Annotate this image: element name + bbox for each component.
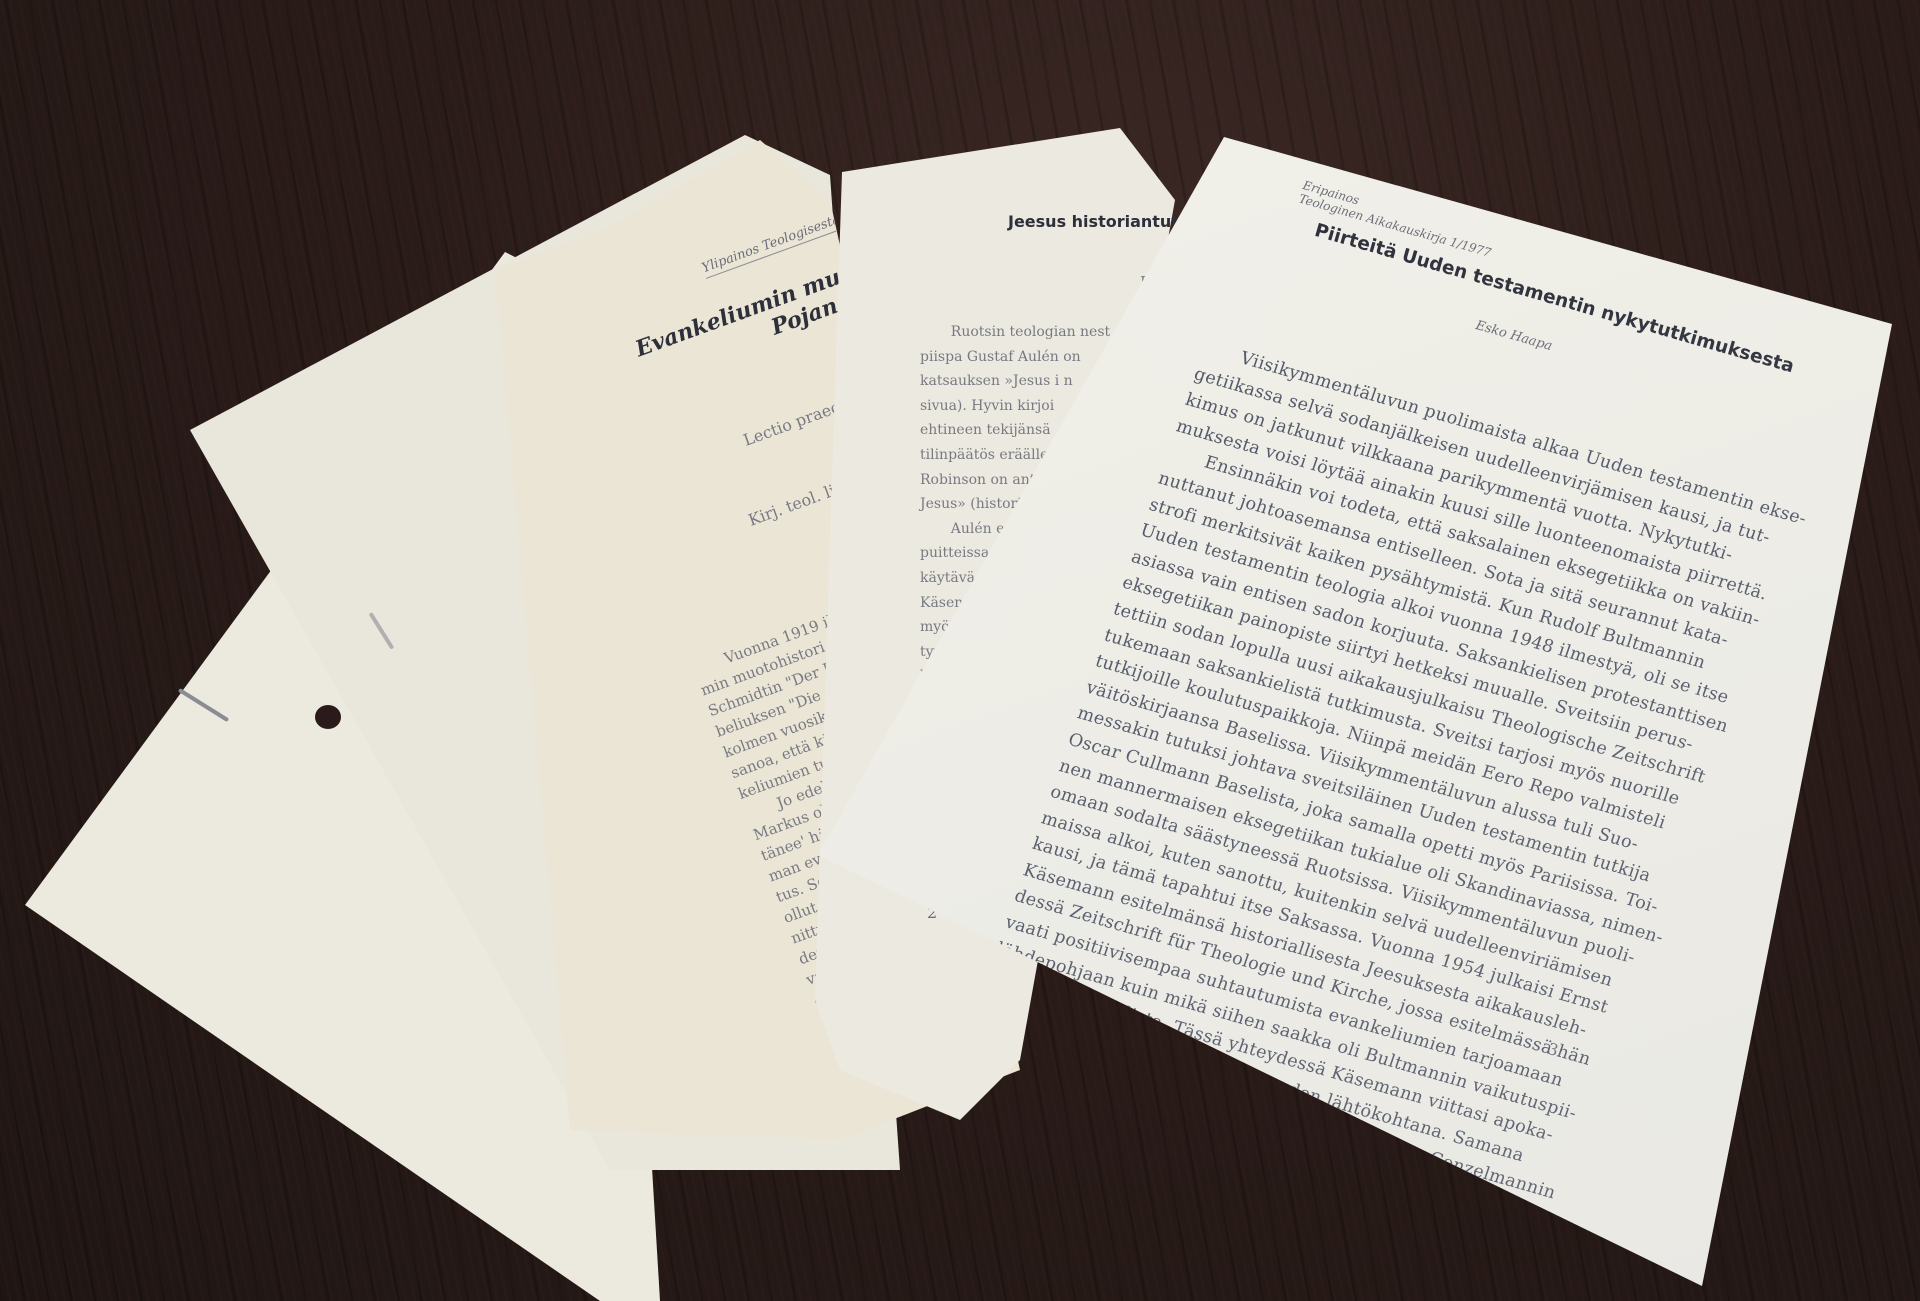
paper-shading [0,0,1920,1301]
paper-offprint-piirteita: Eripainos Teologinen Aikakauskirja 1/197… [0,0,1920,1301]
